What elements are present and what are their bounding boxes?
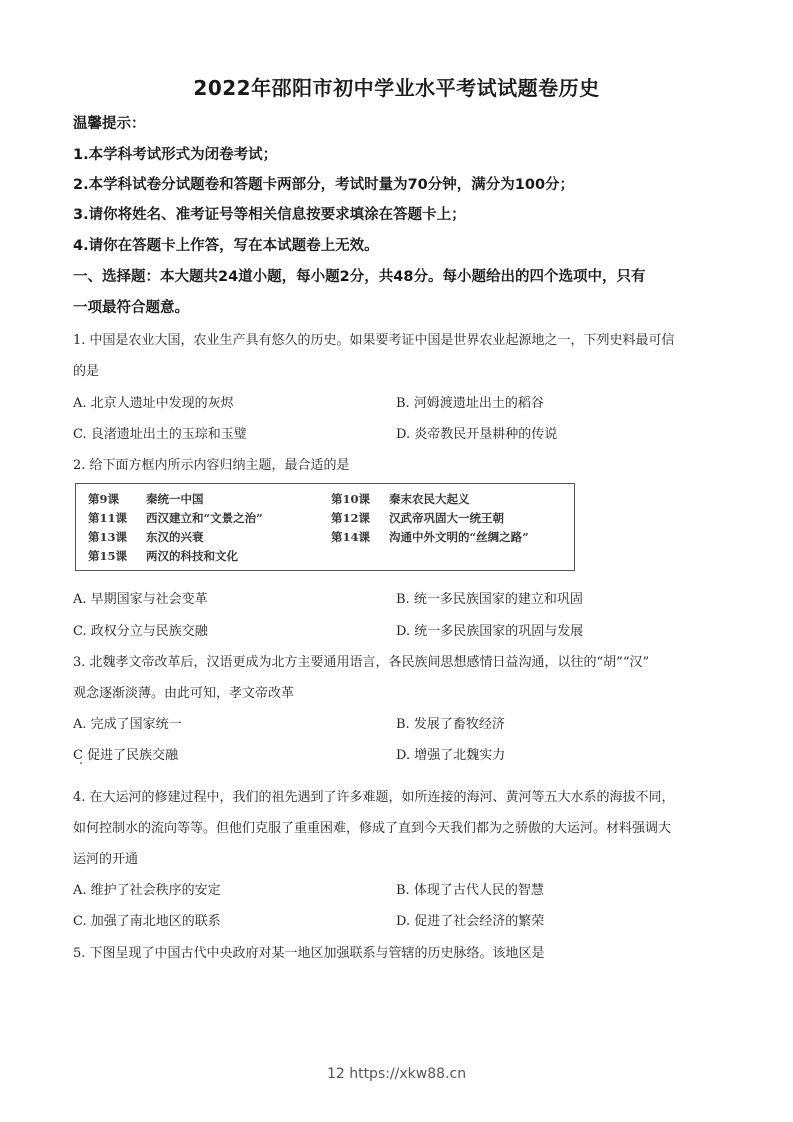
question-4-option-d: D. 促进了社会经济的繁荣 (396, 910, 544, 929)
question-1-stem-cont: 的是 (73, 360, 99, 379)
question-5-stem: 5. 下图呈现了中国古代中央政府对某一地区加强联系与管辖的历史脉络。该地区是 (73, 942, 545, 961)
lesson-entry: 第11课西汉建立和“文景之治” (88, 510, 263, 526)
notice-item: 4.请你在答题卡上作答，写在本试题卷上无效。 (73, 234, 379, 255)
question-3-option-d: D. 增强了北魏实力 (396, 744, 505, 763)
page-title: 2022年邵阳市初中学业水平考试试题卷历史 (0, 72, 793, 101)
question-1-stem: 1. 中国是农业大国，农业生产具有悠久的历史。如果要考证中国是世界农业起源地之一… (73, 329, 675, 348)
question-1-option-c: C. 良渚遗址出土的玉琮和玉璧 (73, 423, 247, 442)
question-4-option-a: A. 维护了社会秩序的安定 (73, 879, 221, 898)
question-2-option-d: D. 统一多民族国家的巩固与发展 (396, 620, 583, 639)
question-2-option-b: B. 统一多民族国家的建立和巩固 (396, 588, 583, 607)
question-2-stem: 2. 给下面方框内所示内容归纳主题，最合适的是 (73, 454, 350, 473)
section-heading: 一、选择题：本大题共24道小题，每小题2分，共48分。每小题给出的四个选项中，只… (73, 265, 645, 286)
lesson-entry: 第10课秦末农民大起义 (331, 491, 470, 507)
lesson-entry: 第9课秦统一中国 (88, 491, 204, 507)
question-3-option-b: B. 发展了畜牧经济 (396, 713, 505, 732)
question-3-option-c: C 促进了民族交融 (73, 744, 178, 763)
question-3-stem: 3. 北魏孝文帝改革后，汉语更成为北方主要通用语言，各民族间思想感情日益沟通，以… (73, 651, 649, 670)
question-1-option-d: D. 炎帝教民开垦耕种的传说 (396, 423, 557, 442)
scan-speck (80, 762, 82, 764)
lesson-entry: 第12课汉武帝巩固大一统王朝 (331, 510, 504, 526)
lesson-entry: 第13课东汉的兴衰 (88, 529, 204, 545)
question-3-option-a: A. 完成了国家统一 (73, 713, 182, 732)
lesson-entry: 第14课沟通中外文明的“丝绸之路” (331, 529, 529, 545)
question-3-stem-cont: 观念逐渐淡薄。由此可知，孝文帝改革 (73, 682, 294, 701)
question-1-option-a: A. 北京人遗址中发现的灰烬 (73, 392, 234, 411)
notice-item: 3.请你将姓名、准考证号等相关信息按要求填涂在答题卡上； (73, 203, 466, 224)
question-4-stem-cont: 运河的开通 (73, 848, 138, 867)
section-heading-cont: 一项最符合题意。 (73, 296, 189, 317)
notice-item: 2.本学科试卷分试题卷和答题卡两部分，考试时量为70分钟，满分为100分； (73, 173, 574, 194)
lesson-table-box: 第9课秦统一中国 第10课秦末农民大起义 第11课西汉建立和“文景之治” 第12… (75, 483, 575, 571)
notice-item: 1.本学科考试形式为闭卷考试； (73, 143, 277, 164)
question-4-option-c: C. 加强了南北地区的联系 (73, 910, 221, 929)
question-4-stem: 4. 在大运河的修建过程中，我们的祖先遇到了许多难题，如所连接的海河、黄河等五大… (73, 786, 675, 805)
lesson-entry: 第15课两汉的科技和文化 (88, 548, 238, 564)
question-4-stem-cont: 如何控制水的流向等等。但他们克服了重重困难，修成了直到今天我们都为之骄傲的大运河… (73, 817, 671, 836)
question-2-option-a: A. 早期国家与社会变革 (73, 588, 208, 607)
page-footer: 12 https://xkw88.cn (0, 1066, 793, 1082)
notice-heading: 温馨提示： (73, 112, 146, 133)
question-4-option-b: B. 体现了古代人民的智慧 (396, 879, 544, 898)
question-2-option-c: C. 政权分立与民族交融 (73, 620, 208, 639)
exam-page: 2022年邵阳市初中学业水平考试试题卷历史 温馨提示： 1.本学科考试形式为闭卷… (0, 0, 793, 1122)
question-1-option-b: B. 河姆渡遗址出土的稻谷 (396, 392, 544, 411)
